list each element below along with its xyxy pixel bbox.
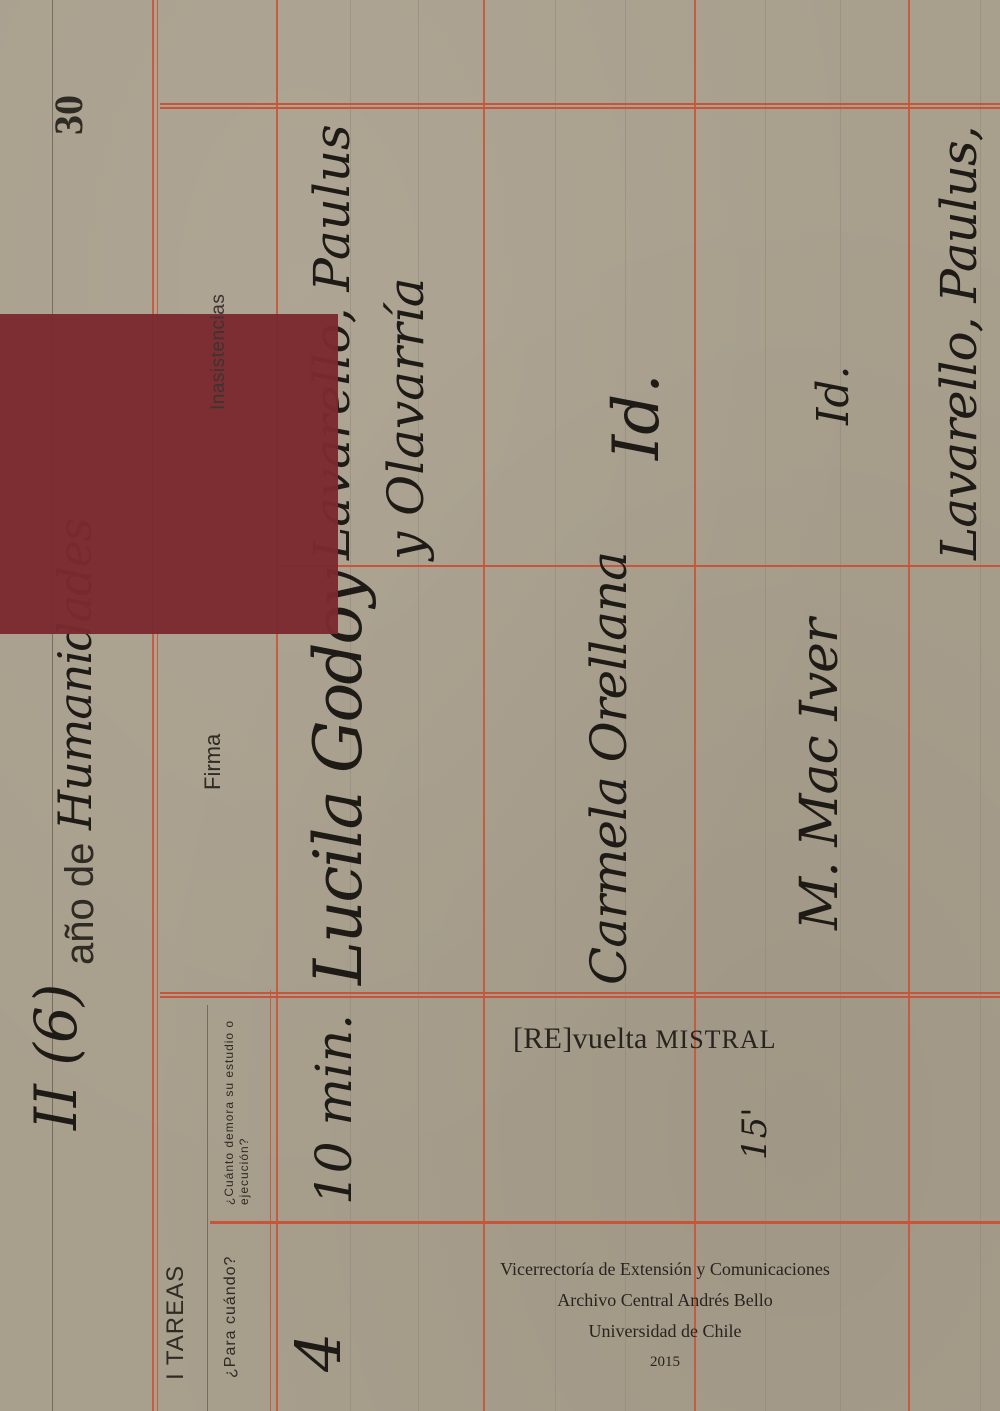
column-header-tareas: I TAREAS (162, 1265, 190, 1380)
publisher-credits: Vicerrectoría de Extensión y Comunicacio… (440, 1254, 890, 1378)
column-rule (270, 990, 271, 1411)
dotted-guide (555, 0, 556, 1411)
column-rule (157, 0, 158, 1411)
burgundy-overlay-block (0, 314, 338, 634)
course-number: II (6) (22, 984, 90, 1130)
signature-3: M. Mac Iver (790, 619, 850, 930)
time-1: 10 min. (305, 1014, 363, 1205)
cuanto-demora-text: ¿Cuánto demora su estudio o ejecución? (222, 1020, 251, 1205)
year-label: año de (58, 843, 103, 965)
title-suffix: MISTRAL (655, 1025, 776, 1054)
page-number: 30 (45, 95, 92, 135)
title-mid: vuelta (573, 1022, 648, 1055)
column-rule (152, 0, 154, 1411)
dotted-guide (765, 0, 766, 1411)
column-rule (694, 0, 696, 1411)
row-rule (160, 103, 1000, 109)
column-rule (276, 0, 278, 1411)
credit-archivo: Archivo Central Andrés Bello (440, 1285, 890, 1316)
column-rule (908, 0, 910, 1411)
credit-year: 2015 (440, 1347, 890, 1378)
signature-2: Carmela Orellana (580, 552, 638, 985)
title-prefix: [RE] (513, 1022, 573, 1055)
credit-universidad: Universidad de Chile (440, 1316, 890, 1347)
time-3: 15' (735, 1107, 775, 1160)
credit-vicerrectoria: Vicerrectoría de Extensión y Comunicacio… (440, 1254, 890, 1285)
book-title: [RE]vuelta MISTRAL (513, 1022, 777, 1056)
absences-3: Id. (808, 365, 859, 425)
row-rule (160, 992, 1000, 998)
column-header-inasistencias: Inasistencias (208, 294, 230, 410)
absences-4: Lavarello, Paulus, (930, 126, 988, 560)
column-header-firma: Firma (200, 734, 226, 790)
absences-2: Id. (600, 373, 674, 460)
row-rule (276, 565, 1000, 567)
column-rule (483, 0, 485, 1411)
book-cover: 30 II (6) año de Humanidades Firma I TAR… (0, 0, 1000, 1411)
column-header-cuanto-demora: ¿Cuánto demora su estudio o ejecución? (222, 1005, 252, 1205)
task-1: 4 (282, 1333, 355, 1372)
header-divider (207, 1005, 208, 1411)
column-header-para-cuando: ¿Para cuándo? (222, 1256, 240, 1378)
row-rule (210, 1221, 1000, 1224)
